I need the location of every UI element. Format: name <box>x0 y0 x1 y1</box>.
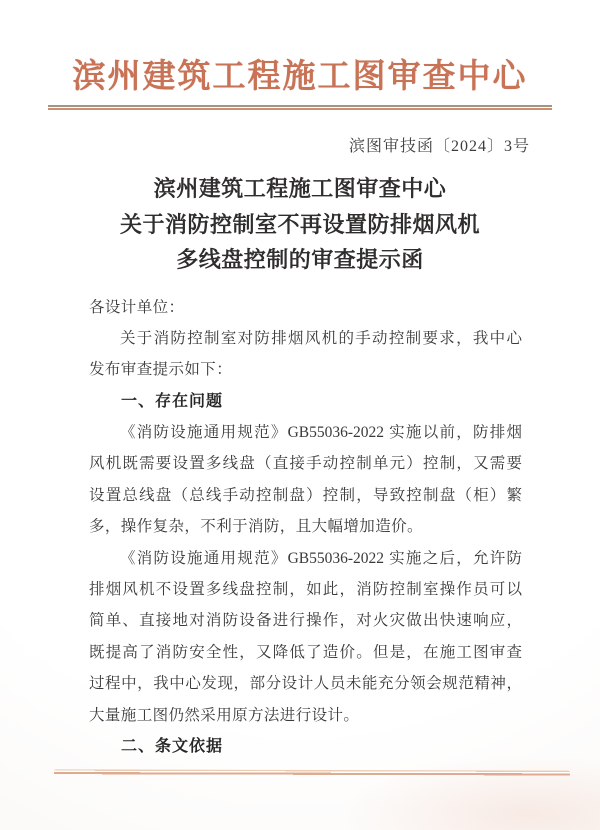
salutation: 各设计单位： <box>89 292 522 323</box>
page-bottom-edge <box>54 769 570 776</box>
title-line-2: 关于消防控制室不再设置防排烟风机 <box>0 207 600 243</box>
body-line: 风机既需要设置多线盘（直接手动控制单元）控制，又需要 <box>89 448 522 479</box>
body-line: 大量施工图仍然采用原方法进行设计。 <box>89 700 522 731</box>
body-line: 简单、直接地对消防设备进行操作，对火灾做出快速响应， <box>89 605 522 636</box>
body-line: 发布审查提示如下： <box>89 354 522 385</box>
section-heading-problems: 一、存在问题 <box>89 386 522 417</box>
body-line: 关于消防控制室对防排烟风机的手动控制要求，我中心 <box>89 323 522 354</box>
doc-number: 滨图审技函〔2024〕3号 <box>0 136 600 158</box>
body-line: 既提高了消防安全性，又降低了造价。但是，在施工图审查 <box>89 637 522 668</box>
body-line: 《消防设施通用规范》GB55036-2022 实施之后，允许防 <box>89 543 522 574</box>
title-line-1: 滨州建筑工程施工图审查中心 <box>0 171 600 207</box>
letterhead-double-rule <box>48 105 552 110</box>
title-line-3: 多线盘控制的审查提示函 <box>0 242 600 278</box>
body-line: 多，操作复杂，不利于消防，且大幅增加造价。 <box>89 511 522 542</box>
body-line: 设置总线盘（总线手动控制盘）控制，导致控制盘（柜）繁 <box>89 480 522 511</box>
body-line: 排烟风机不设置多线盘控制，如此，消防控制室操作员可以 <box>89 574 522 605</box>
document-title: 滨州建筑工程施工图审查中心 关于消防控制室不再设置防排烟风机 多线盘控制的审查提… <box>0 171 600 278</box>
body-line: 过程中，我中心发现，部分设计人员未能充分领会规范精神， <box>89 668 522 699</box>
body-line: 《消防设施通用规范》GB55036-2022 实施以前，防排烟 <box>89 417 522 448</box>
document-page: 滨州建筑工程施工图审查中心 滨图审技函〔2024〕3号 滨州建筑工程施工图审查中… <box>0 0 600 830</box>
letterhead-title: 滨州建筑工程施工图审查中心 <box>0 54 600 100</box>
section-heading-basis: 二、条文依据 <box>89 731 522 762</box>
document-body: 各设计单位： 关于消防控制室对防排烟风机的手动控制要求，我中心 发布审查提示如下… <box>89 292 522 763</box>
rule-bottom-line <box>48 108 552 110</box>
rule-top-line <box>48 105 552 107</box>
